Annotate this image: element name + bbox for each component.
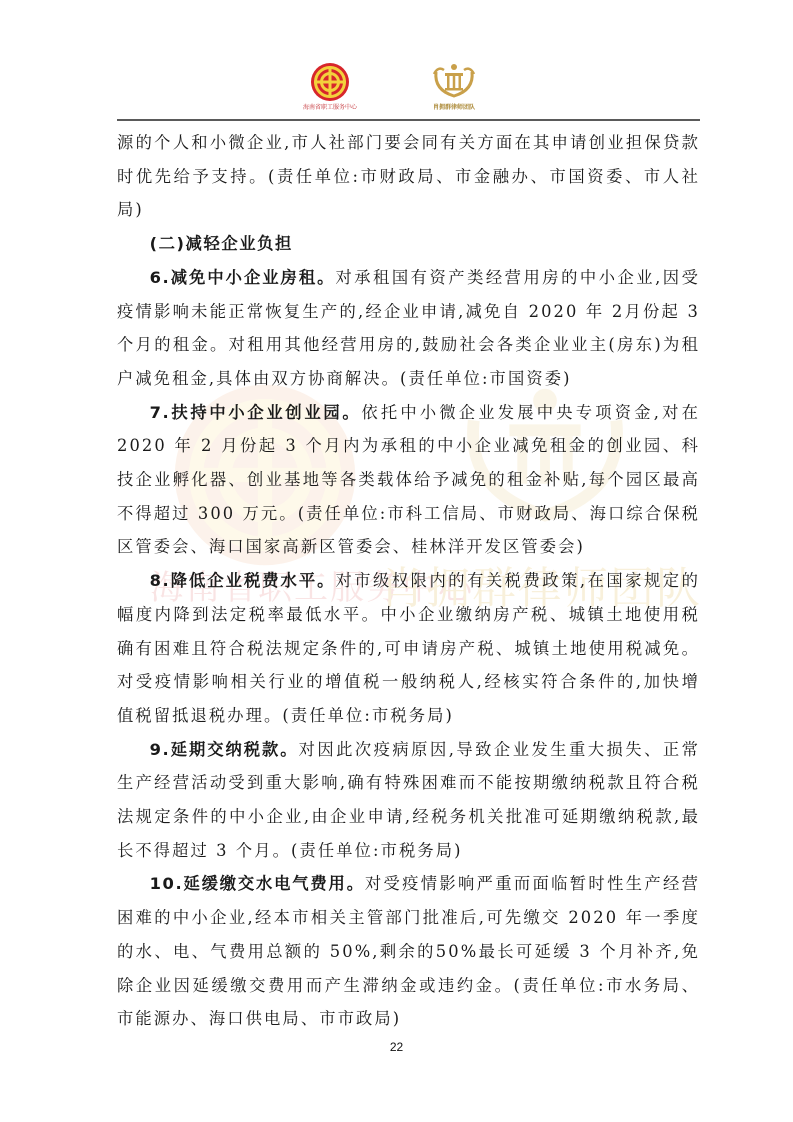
trade-union-emblem-icon (310, 62, 350, 102)
policy-item-title: 6.减免中小企业房租。 (150, 268, 336, 287)
document-body: 源的个人和小微企业,市人社部门要会同有关方面在其申请创业担保贷款时优先给予支持。… (117, 126, 700, 1036)
policy-item-text: 对受疫情影响严重而面临暂时性生产经营困难的中小企业,经本市相关主管部门批准后,可… (117, 874, 700, 1028)
header-divider (117, 119, 700, 121)
policy-item-6: 6.减免中小企业房租。对承租国有资产类经营用房的中小企业,因受疫情影响未能正常恢… (117, 261, 700, 396)
section-heading: (二)减轻企业负担 (117, 227, 700, 261)
policy-item-title: 7.扶持中小企业创业园。 (150, 403, 362, 422)
policy-item-title: 9.延期交纳税款。 (150, 740, 299, 759)
logo-left-caption: 海南省职工服务中心 (290, 104, 370, 112)
intro-continuation: 源的个人和小微企业,市人社部门要会同有关方面在其申请创业担保贷款时优先给予支持。… (117, 126, 700, 227)
logo-right-caption: 肖拥群律师团队 (414, 104, 494, 112)
logo-right: 肖拥群律师团队 (424, 62, 484, 118)
policy-item-title: 8.降低企业税费水平。 (150, 571, 336, 590)
policy-item-text: 依托中小微企业发展中央专项资金,对在 2020 年 2 月份起 3 个月内为承租… (117, 403, 700, 557)
policy-item-7: 7.扶持中小企业创业园。依托中小微企业发展中央专项资金,对在 2020 年 2 … (117, 396, 700, 565)
policy-item-text: 对市级权限内的有关税费政策,在国家规定的幅度内降到法定税率最低水平。中小企业缴纳… (117, 571, 700, 725)
policy-item-title: 10.延缓缴交水电气费用。 (150, 874, 365, 893)
policy-item-10: 10.延缓缴交水电气费用。对受疫情影响严重而面临暂时性生产经营困难的中小企业,经… (117, 867, 700, 1036)
law-firm-pillar-emblem-icon (430, 62, 478, 102)
logo-left: 海南省职工服务中心 (300, 62, 360, 118)
page-header: 海南省职工服务中心 肖拥群律师团队 (0, 0, 793, 124)
page-number: 22 (0, 1040, 793, 1054)
policy-item-8: 8.降低企业税费水平。对市级权限内的有关税费政策,在国家规定的幅度内降到法定税率… (117, 564, 700, 733)
policy-item-9: 9.延期交纳税款。对因此次疫病原因,导致企业发生重大损失、正常生产经营活动受到重… (117, 733, 700, 868)
